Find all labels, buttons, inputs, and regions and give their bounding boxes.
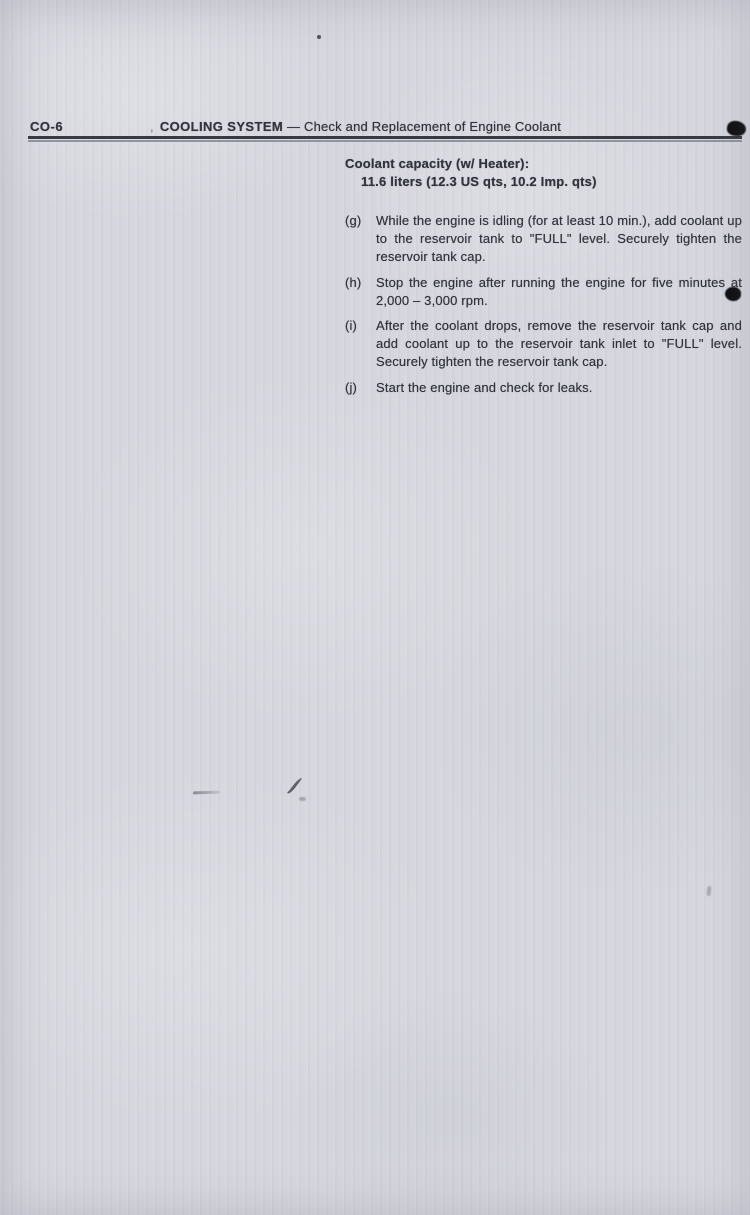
header-subtitle: — Check and Replacement of Engine Coolan… [287,119,561,134]
page-number: CO-6 [30,119,63,134]
step-marker: (g) [345,212,376,267]
step-marker: (i) [345,317,376,372]
ink-blot-header-right [726,120,747,137]
procedure-steps: (g) While the engine is idling (for at l… [345,212,742,397]
pen-smudge [299,797,306,801]
spec-title: Coolant capacity (w/ Heater): [345,155,742,173]
step-text: Start the engine and check for leaks. [376,379,742,397]
procedure-step-j: (j) Start the engine and check for leaks… [345,379,742,397]
faint-scan-mark [706,886,711,896]
step-marker: (h) [345,274,376,310]
step-text: After the coolant drops, remove the rese… [376,317,742,372]
pencil-dash-mark [193,791,220,795]
procedure-step-g: (g) While the engine is idling (for at l… [345,212,742,267]
coolant-capacity-spec: Coolant capacity (w/ Heater): 11.6 liter… [345,155,742,190]
scan-speck [317,35,321,39]
header-title: ,COOLING SYSTEM — Check and Replacement … [150,119,561,134]
spec-value: 11.6 liters (12.3 US qts, 10.2 Imp. qts) [345,173,742,191]
scanned-manual-page: CO-6 ,COOLING SYSTEM — Check and Replace… [0,0,750,1215]
procedure-step-h: (h) Stop the engine after running the en… [345,274,742,310]
pen-tick-mark [283,774,307,798]
ink-blot-margin-right [725,287,741,301]
header-section-title: COOLING SYSTEM [160,119,283,134]
step-marker: (j) [345,379,376,397]
content-column: Coolant capacity (w/ Heater): 11.6 liter… [345,155,742,404]
step-text: While the engine is idling (for at least… [376,212,742,267]
scan-artifact-comma: , [150,119,154,134]
header-rule-thin-line [28,140,742,142]
header-rule [28,136,742,142]
header-rule-thick-line [28,136,742,139]
step-text: Stop the engine after running the engine… [376,274,742,310]
procedure-step-i: (i) After the coolant drops, remove the … [345,317,742,372]
